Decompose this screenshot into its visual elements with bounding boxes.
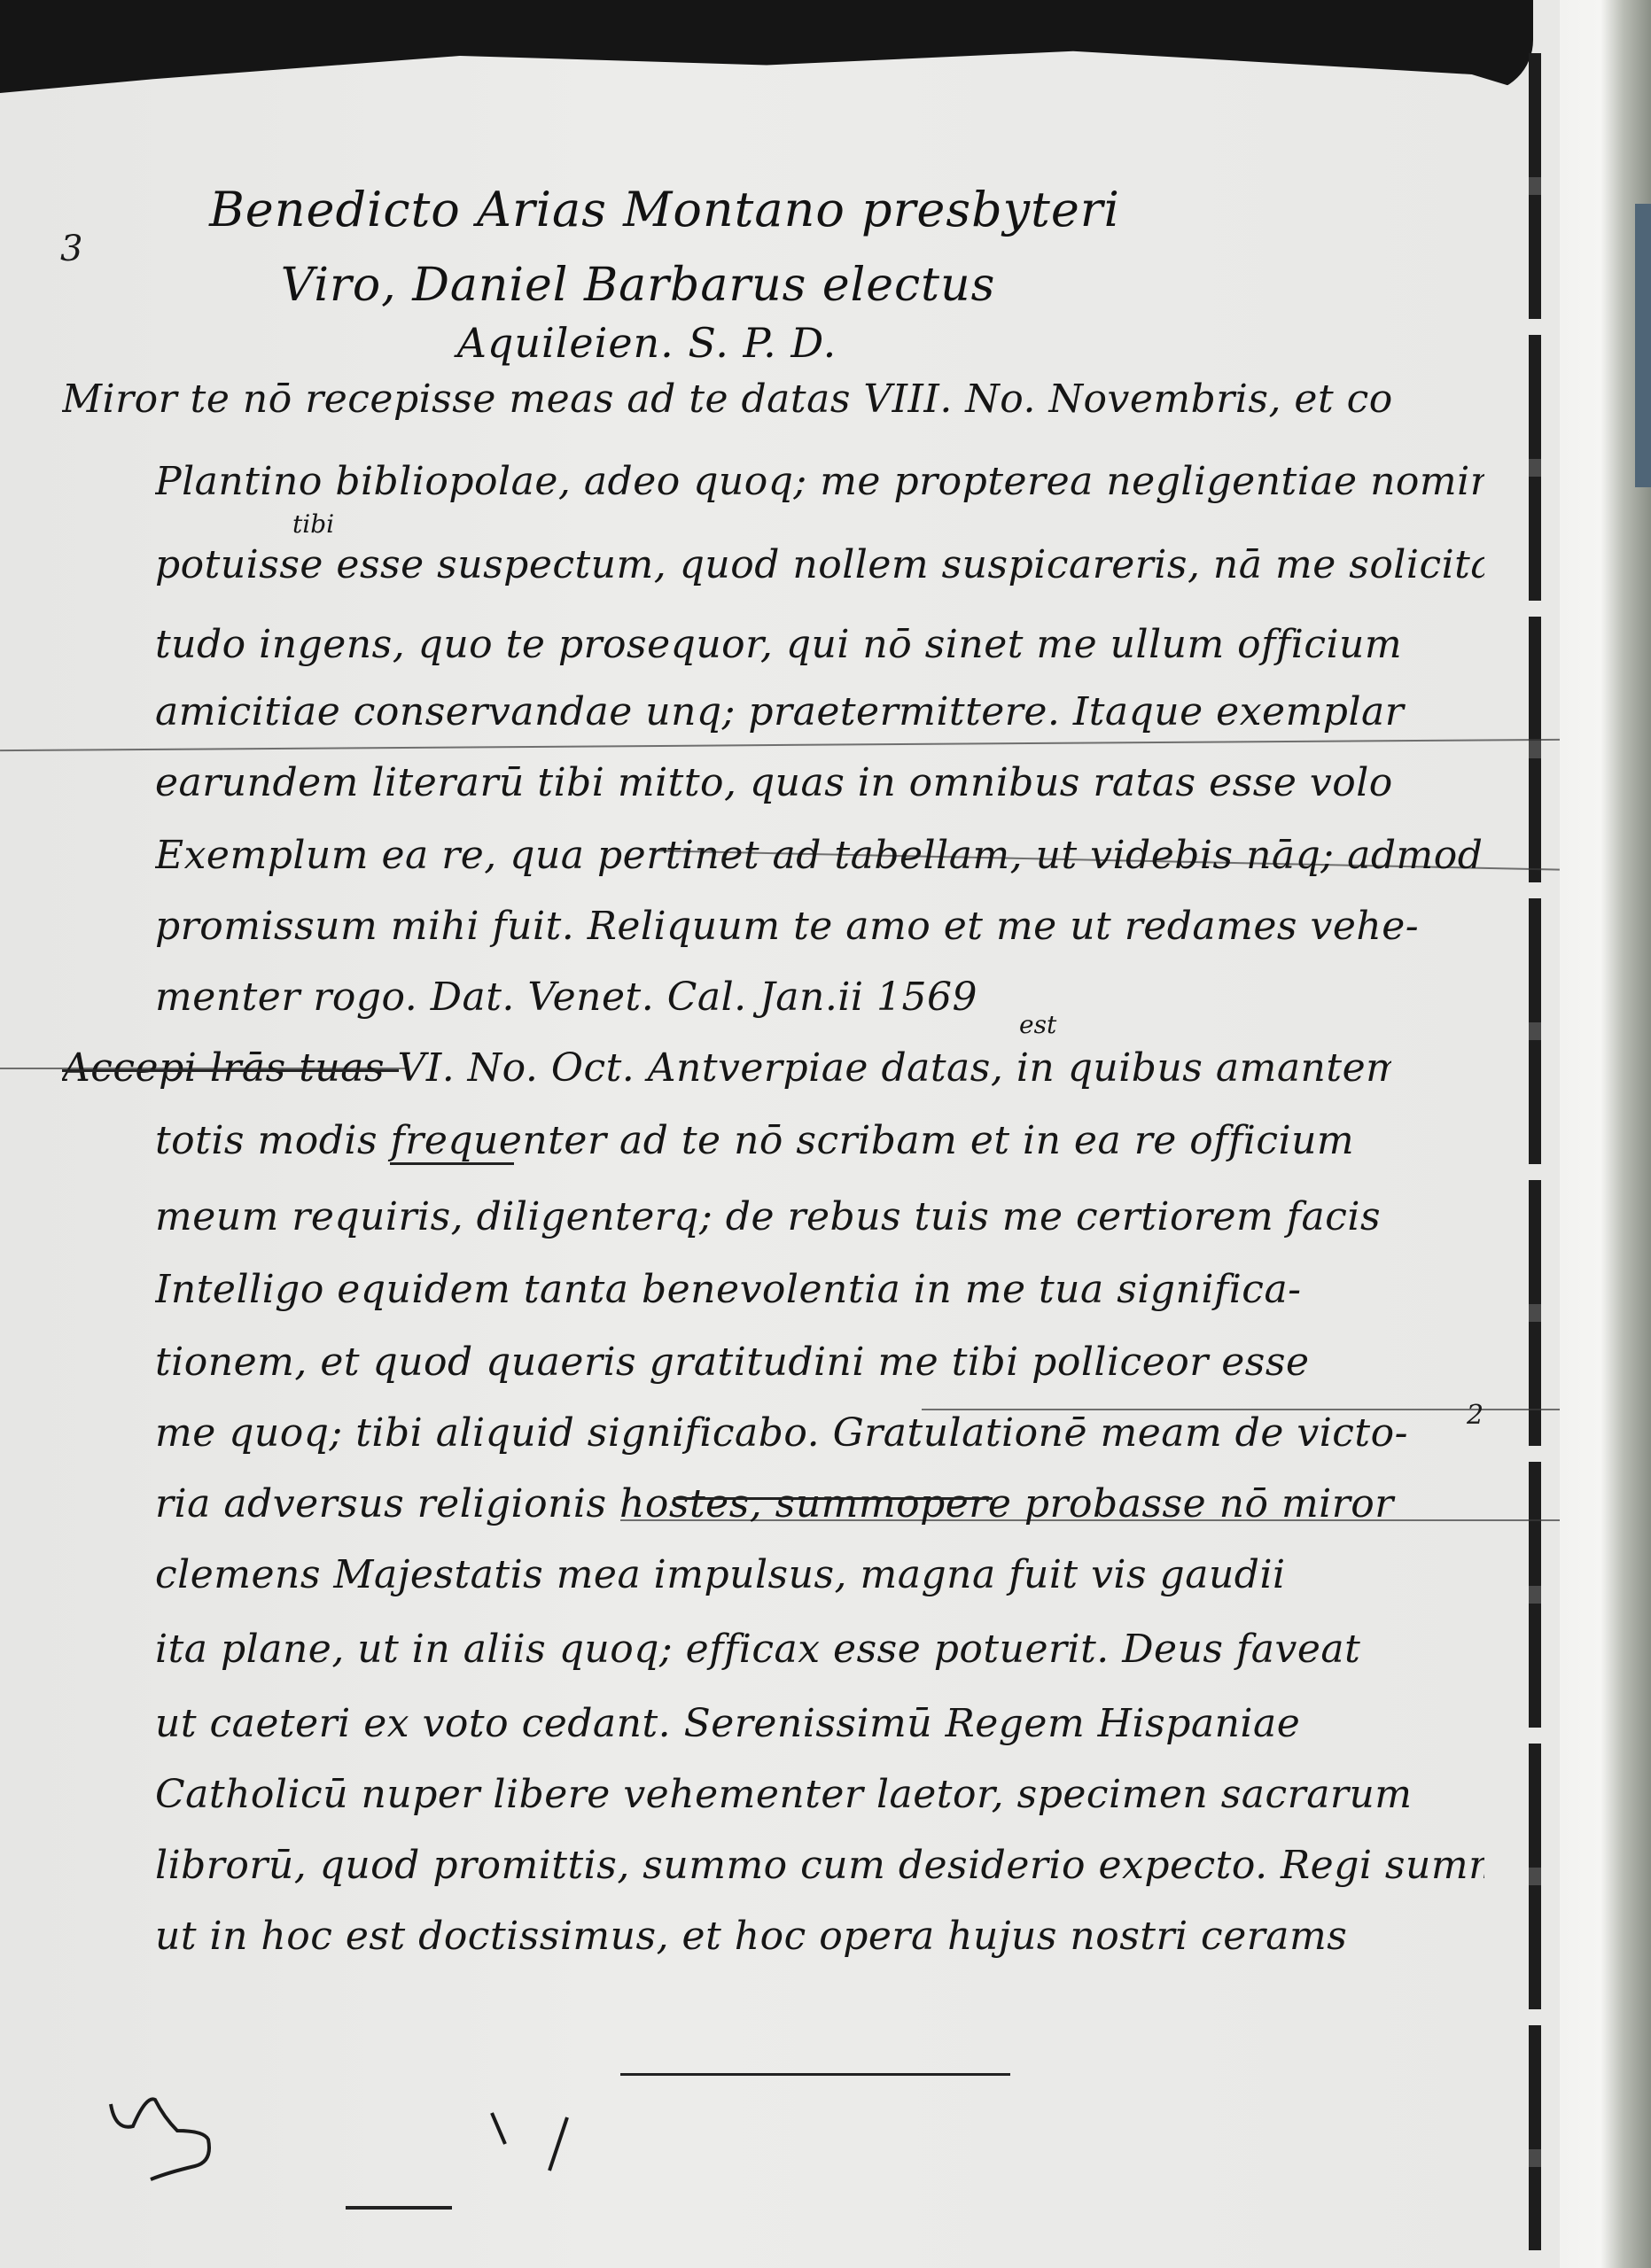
- letter-line: Miror te nō recepisse meas ad te datas V…: [62, 377, 1391, 422]
- letter-line: ita plane, ut in aliis quoq; efficax ess…: [155, 1627, 1484, 1672]
- letter-line: meum requiris, diligenterq; de rebus tui…: [155, 1194, 1484, 1239]
- letter-line: clemens Majestatis mea impulsus, magna f…: [155, 1552, 1484, 1597]
- salutation-greeting: Aquileien. S. P. D.: [0, 319, 1507, 367]
- closing-rule: [620, 2073, 1010, 2076]
- letter-line: tudo ingens, quo te prosequor, qui nō si…: [155, 622, 1484, 667]
- letter-line: ut in hoc est doctissimus, et hoc opera …: [155, 1914, 1484, 1959]
- letter-line: earundem literarū tibi mitto, quas in om…: [155, 760, 1484, 805]
- letter-line: totis modis frequenter ad te nō scribam …: [155, 1118, 1484, 1163]
- letter-line: promissum mihi fuit. Reliquum te amo et …: [155, 904, 1484, 949]
- scribble-flourish-icon: [97, 2091, 292, 2188]
- letter-line: Accepi lrās tuas VI. No. Oct. Antverpiae…: [62, 1045, 1391, 1091]
- letter-line: potuisse esse suspectum, quod nollem sus…: [155, 542, 1484, 587]
- letter-line: Plantino bibliopolae, adeo quoq; me prop…: [155, 459, 1484, 504]
- salutation-sender: Viro, Daniel Barbarus electus: [0, 259, 1507, 312]
- letter-line: librorū, quod promittis, summo cum desid…: [155, 1843, 1484, 1888]
- letter-line: Catholicū nuper libere vehementer laetor…: [155, 1772, 1484, 1817]
- letter-line: amicitiae conservandae unq; praetermitte…: [155, 689, 1484, 734]
- underline-mark: [390, 1162, 514, 1165]
- salutation-recipient: Benedicto Arias Montano presbyteri: [0, 182, 1507, 237]
- underline-mark: [674, 1497, 993, 1500]
- stray-mark: [346, 2206, 452, 2210]
- binding-strip: [1635, 204, 1651, 487]
- letter-date-line: menter rogo. Dat. Venet. Cal. Jan.ii 156…: [155, 975, 1484, 1020]
- pen-stroke-mark: [487, 2109, 594, 2179]
- letter-line: Exemplum ea re, qua pertinet ad tabellam…: [155, 833, 1484, 878]
- interlinear-note: tibi: [292, 509, 334, 539]
- page-right-border: [1529, 53, 1541, 2250]
- letter-line: Intelligo equidem tanta benevolentia in …: [155, 1267, 1484, 1312]
- letter-line: ut caeteri ex voto cedant. Serenissimū R…: [155, 1701, 1484, 1746]
- letter-line: ria adversus religionis hostes, summoper…: [155, 1481, 1484, 1526]
- letter-line: me quoq; tibi aliquid significabo. Gratu…: [155, 1410, 1484, 1456]
- letter-line: tionem, et quod quaeris gratitudini me t…: [155, 1340, 1484, 1385]
- strikethrough-mark: [62, 1069, 399, 1072]
